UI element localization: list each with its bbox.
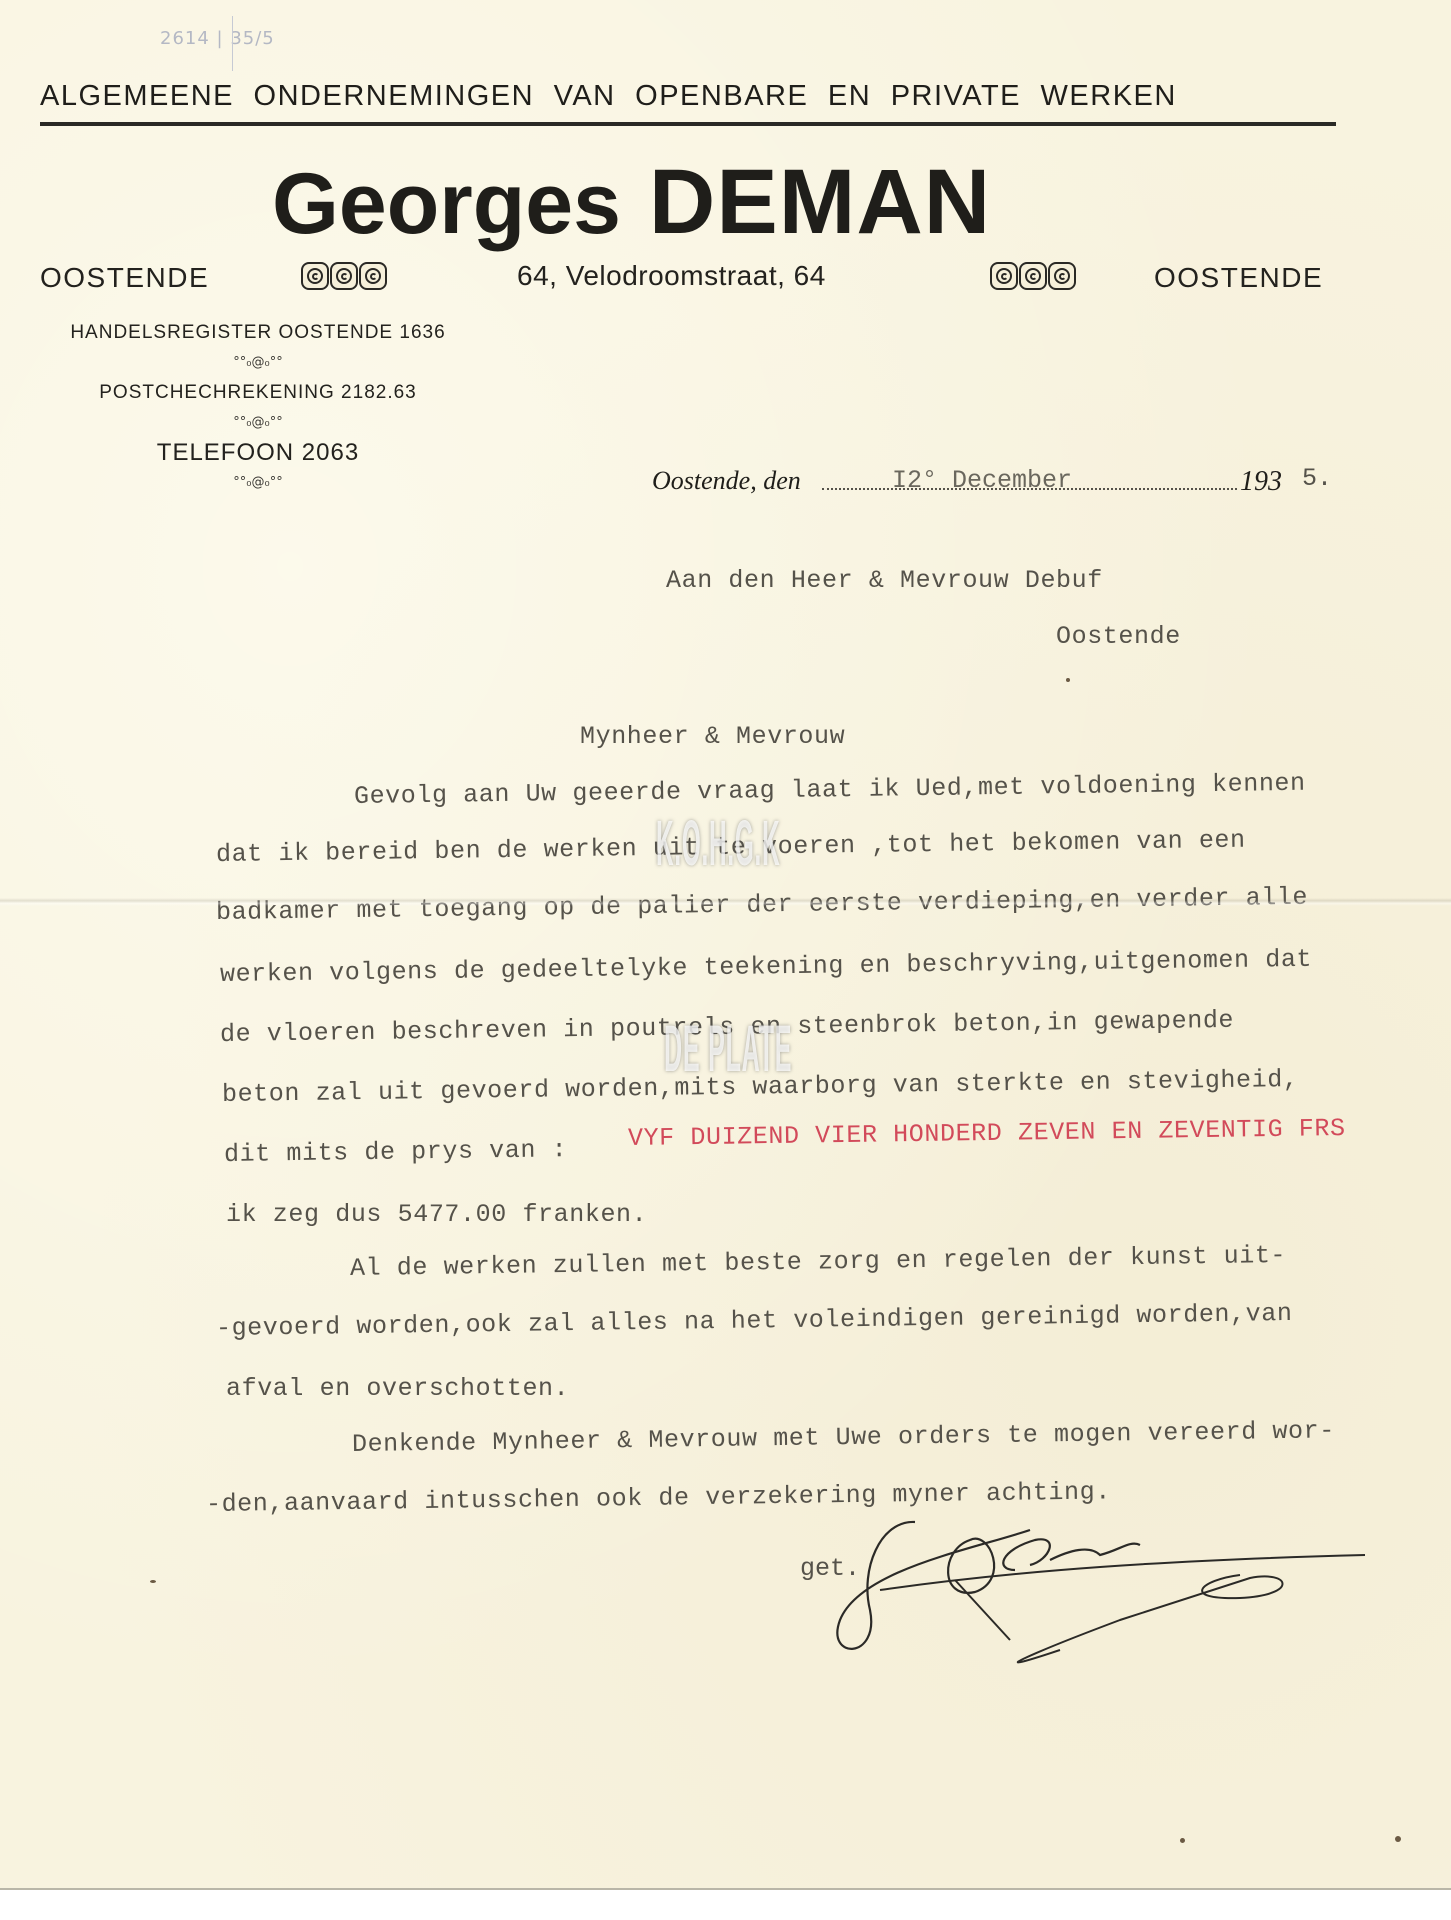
rose-icon [330,262,358,290]
date-line: Oostende, den I2° December 193 5. [652,466,1342,506]
letterhead-rule [40,122,1336,126]
paper-speck [150,1580,156,1583]
rose-ornament-icon [301,262,387,292]
flourish-ornament-icon: °°₀@₀°° [40,348,476,378]
trade-register: HANDELSREGISTER OOSTENDE 1636 [40,318,476,348]
postcheck-account: POSTCHECHREKENING 2182.63 [40,378,476,408]
body-line: Gevolg aan Uw geeerde vraag laat ik Ued,… [354,769,1306,811]
flourish-ornament-icon: °°₀@₀°° [40,408,476,438]
body-line: afval en overschotten. [226,1374,569,1403]
price-numeric-line: ik zeg dus 5477.00 franken. [226,1200,647,1229]
letterhead-tagline: ALGEMEENE ONDERNEMINGEN VAN OPENBARE EN … [40,80,1340,113]
paper-speck [1066,678,1070,682]
watermark-top: K.O.H.G.K [656,806,780,880]
rose-icon [1048,262,1076,290]
archive-note-divider [232,16,233,71]
letterhead-address: 64, Velodroomstraat, 64 [517,260,826,292]
rose-icon [359,262,387,290]
paper-fold-crease [0,898,1451,906]
body-line: Denkende Mynheer & Mevrouw met Uwe order… [352,1416,1335,1459]
recipient-name: Aan den Heer & Mevrouw Debuf [666,566,1103,595]
date-year-prefix: 193 [1240,466,1282,498]
watermark-bottom: DE PLATE [664,1010,792,1086]
letter-page: 2614 | 35/5 ALGEMEENE ONDERNEMINGEN VAN … [0,0,1451,1890]
price-in-words: VYF DUIZEND VIER HONDERD ZEVEN EN ZEVENT… [628,1114,1346,1153]
rose-icon [301,262,329,290]
archive-pencil-note: 2614 | 35/5 [160,28,275,49]
rose-ornament-icon [990,262,1076,292]
letterhead-city-left: OOSTENDE [40,262,209,294]
date-value: I2° December [892,466,1072,495]
company-last-name: DEMAN [649,151,991,253]
date-year-suffix: 5. [1302,464,1332,493]
handwritten-signature-icon [820,1510,1380,1670]
salutation: Mynheer & Mevrouw [580,722,845,751]
rose-icon [1019,262,1047,290]
body-line-price-intro: dit mits de prys van : [224,1135,568,1169]
company-name: GeorgesDEMAN [272,150,991,255]
paper-speck [1180,1838,1185,1843]
recipient-city: Oostende [1056,622,1181,651]
body-line: Al de werken zullen met beste zorg en re… [350,1241,1286,1283]
company-info-block: HANDELSREGISTER OOSTENDE 1636 °°₀@₀°° PO… [40,318,476,498]
letterhead-city-right: OOSTENDE [1154,262,1323,294]
flourish-ornament-icon: °°₀@₀°° [40,468,476,498]
rose-icon [990,262,1018,290]
body-line: -gevoerd worden,ook zal alles na het vol… [216,1299,1293,1343]
company-first-name: Georges [272,156,621,252]
paper-speck [1395,1836,1401,1842]
date-prefix: Oostende, den [652,466,801,496]
body-line: werken volgens de gedeeltelyke teekening… [220,945,1312,989]
telephone-number: TELEFOON 2063 [40,438,476,468]
